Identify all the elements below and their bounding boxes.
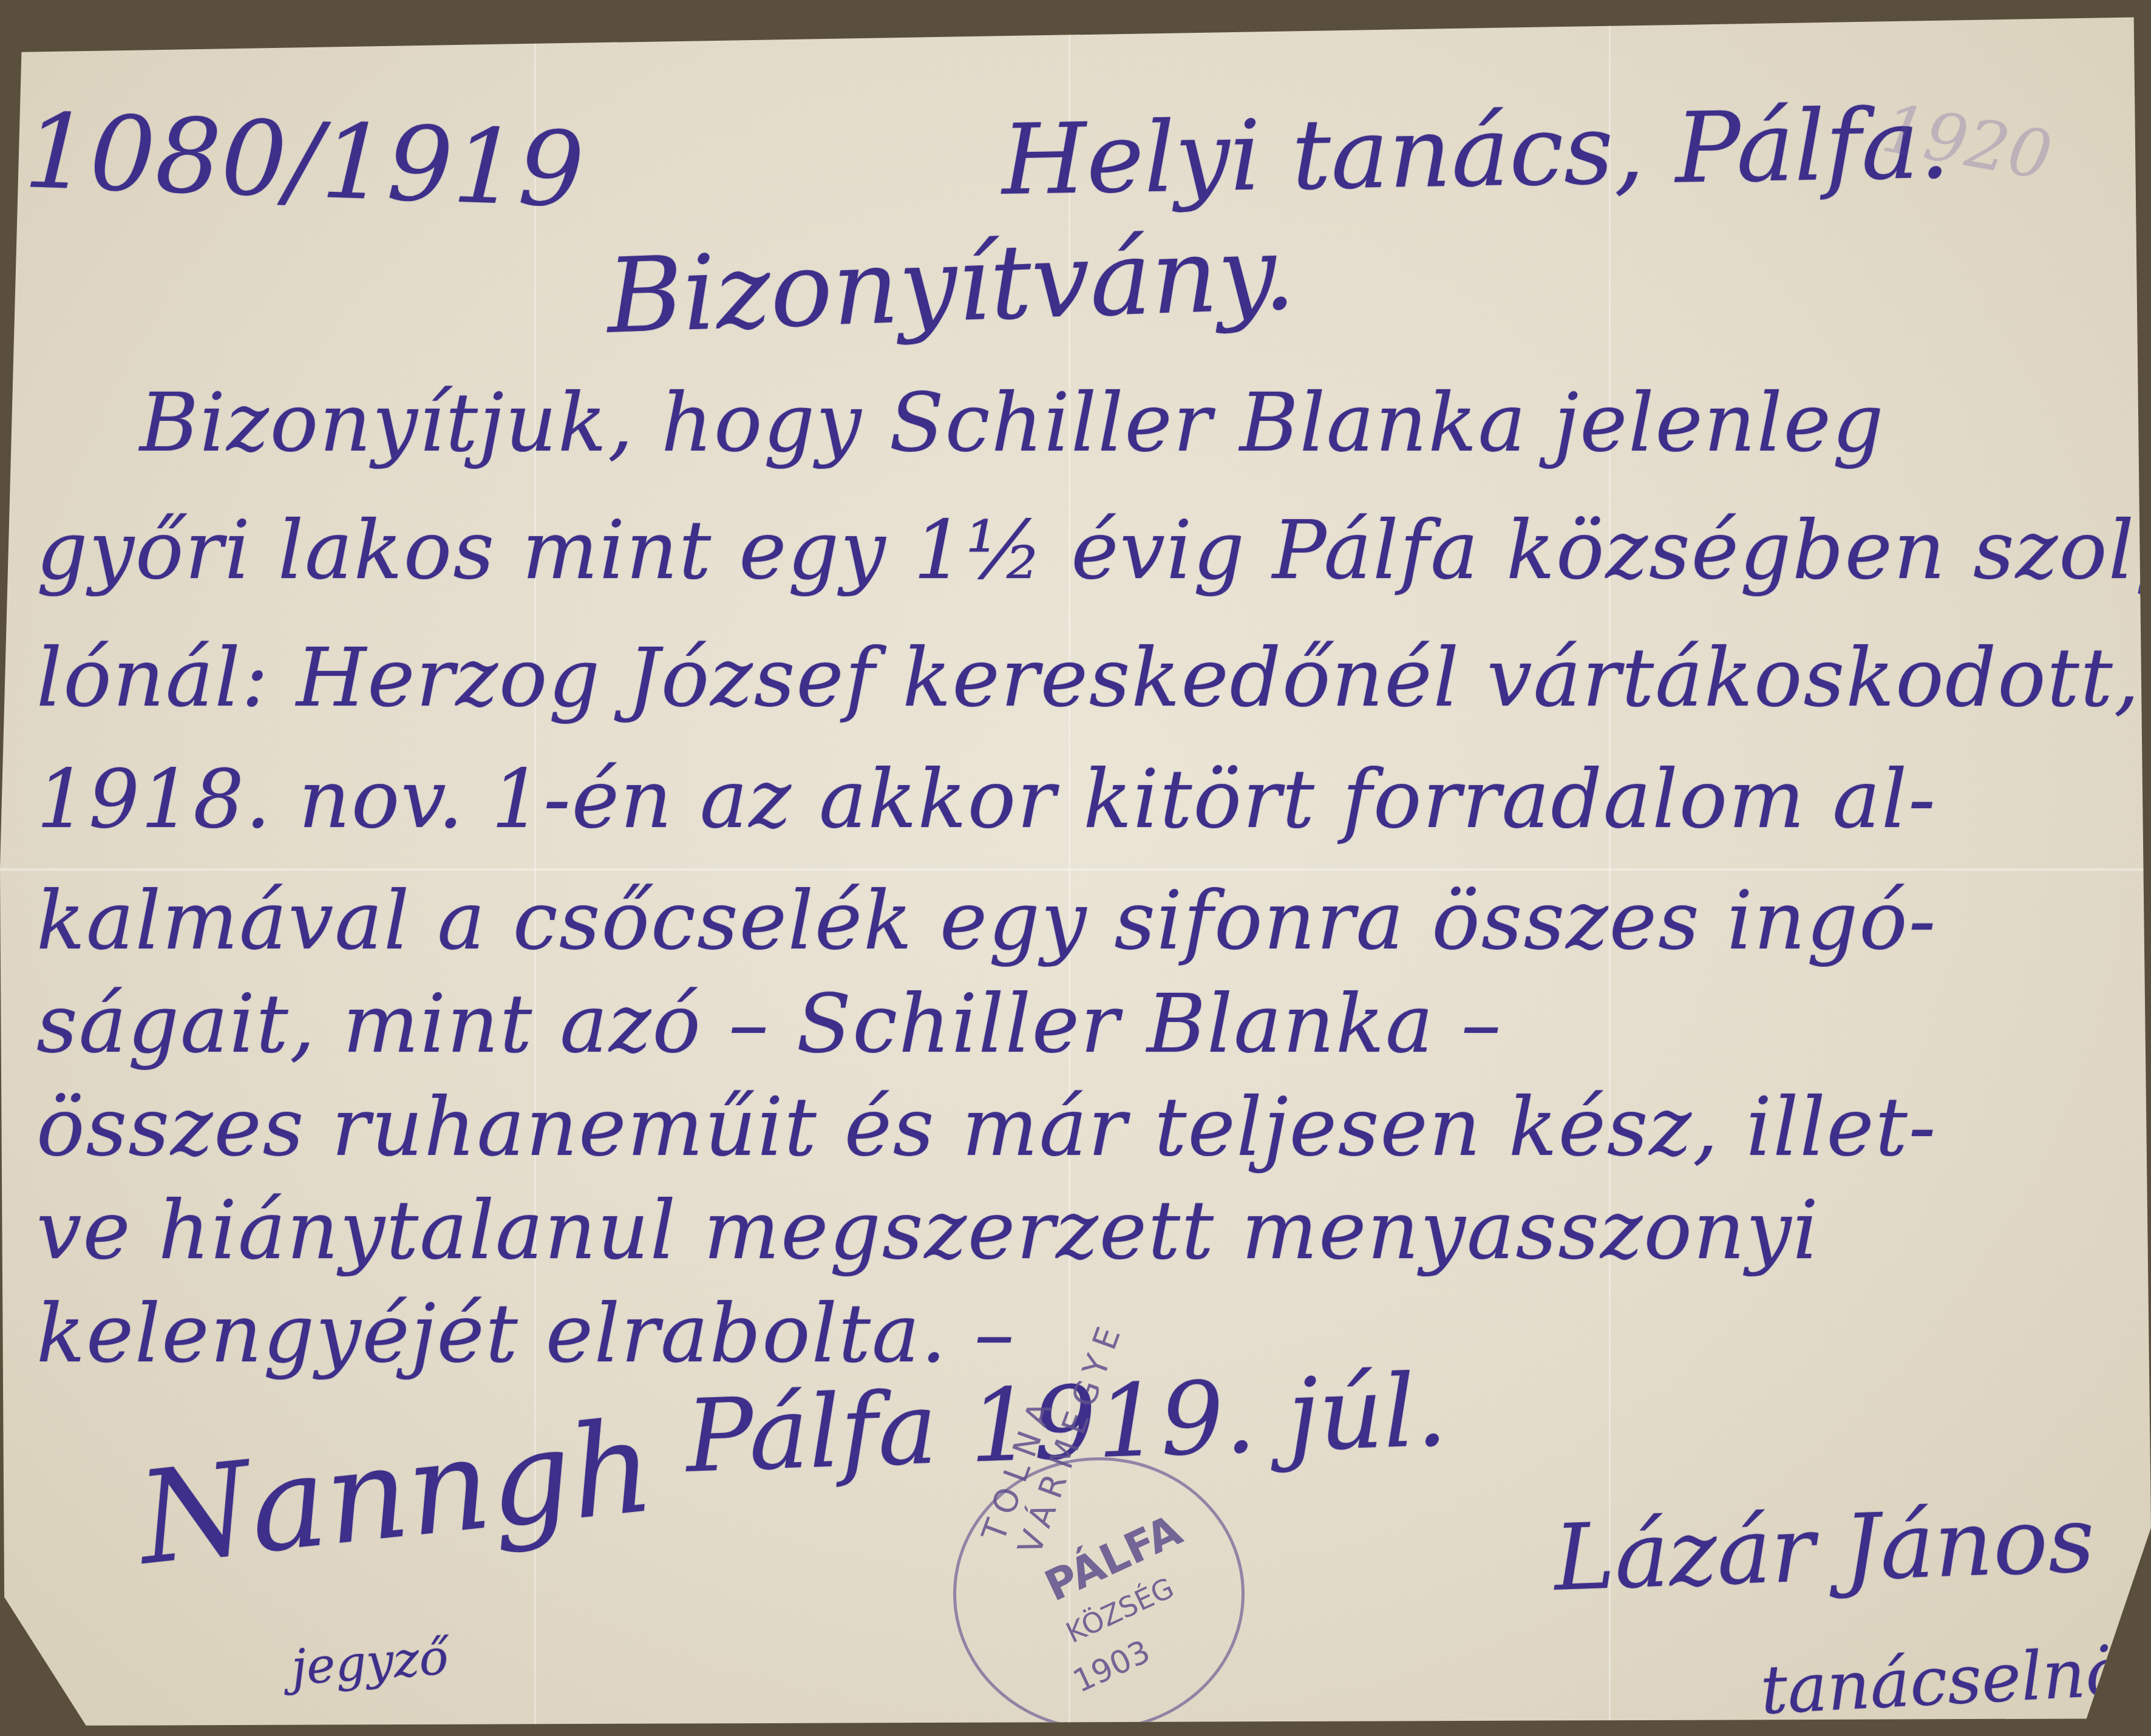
body-line: kelengyéjét elrabolta. – (36, 1287, 1016, 1381)
document-paper: 1080/1919 Helyi tanács, Pálfa. 1920 Bizo… (0, 0, 2151, 1736)
signature-left-title: jegyző (290, 1629, 450, 1696)
body-line: összes ruhaneműit és már teljesen kész, … (36, 1081, 1937, 1174)
official-stamp: TOLNA VÁRMEGYE PÁLFA KÖZSÉG 1903 (953, 1457, 1245, 1731)
signature-right-title: tanácselnök (1759, 1630, 2151, 1729)
signature-right: Lázár János (1552, 1487, 2096, 1612)
document-title: Bizonyítvány. (605, 213, 1297, 356)
body-line: lónál: Herzog József kereskedőnél várták… (36, 631, 2141, 725)
fold-line (0, 868, 2151, 871)
body-line: ságait, mint azó – Schiller Blanka – (36, 978, 1503, 1071)
body-line: Bizonyítjuk, hogy Schiller Blanka jelenl… (140, 376, 1884, 470)
reference-number: 1080/1919 (22, 91, 586, 231)
issuer-heading: Helyi tanács, Pálfa. (1001, 87, 1951, 217)
body-line: 1918. nov. 1-én az akkor kitört forradal… (36, 753, 1937, 846)
body-line: győri lakos mint egy 1½ évig Pálfa közsé… (36, 504, 2151, 597)
body-line: kalmával a csőcselék egy sifonra összes … (36, 874, 1937, 968)
body-line: ve hiánytalanul megszerzett menyasszonyi (36, 1184, 1820, 1278)
signature-left: Nanngh (132, 1392, 660, 1593)
